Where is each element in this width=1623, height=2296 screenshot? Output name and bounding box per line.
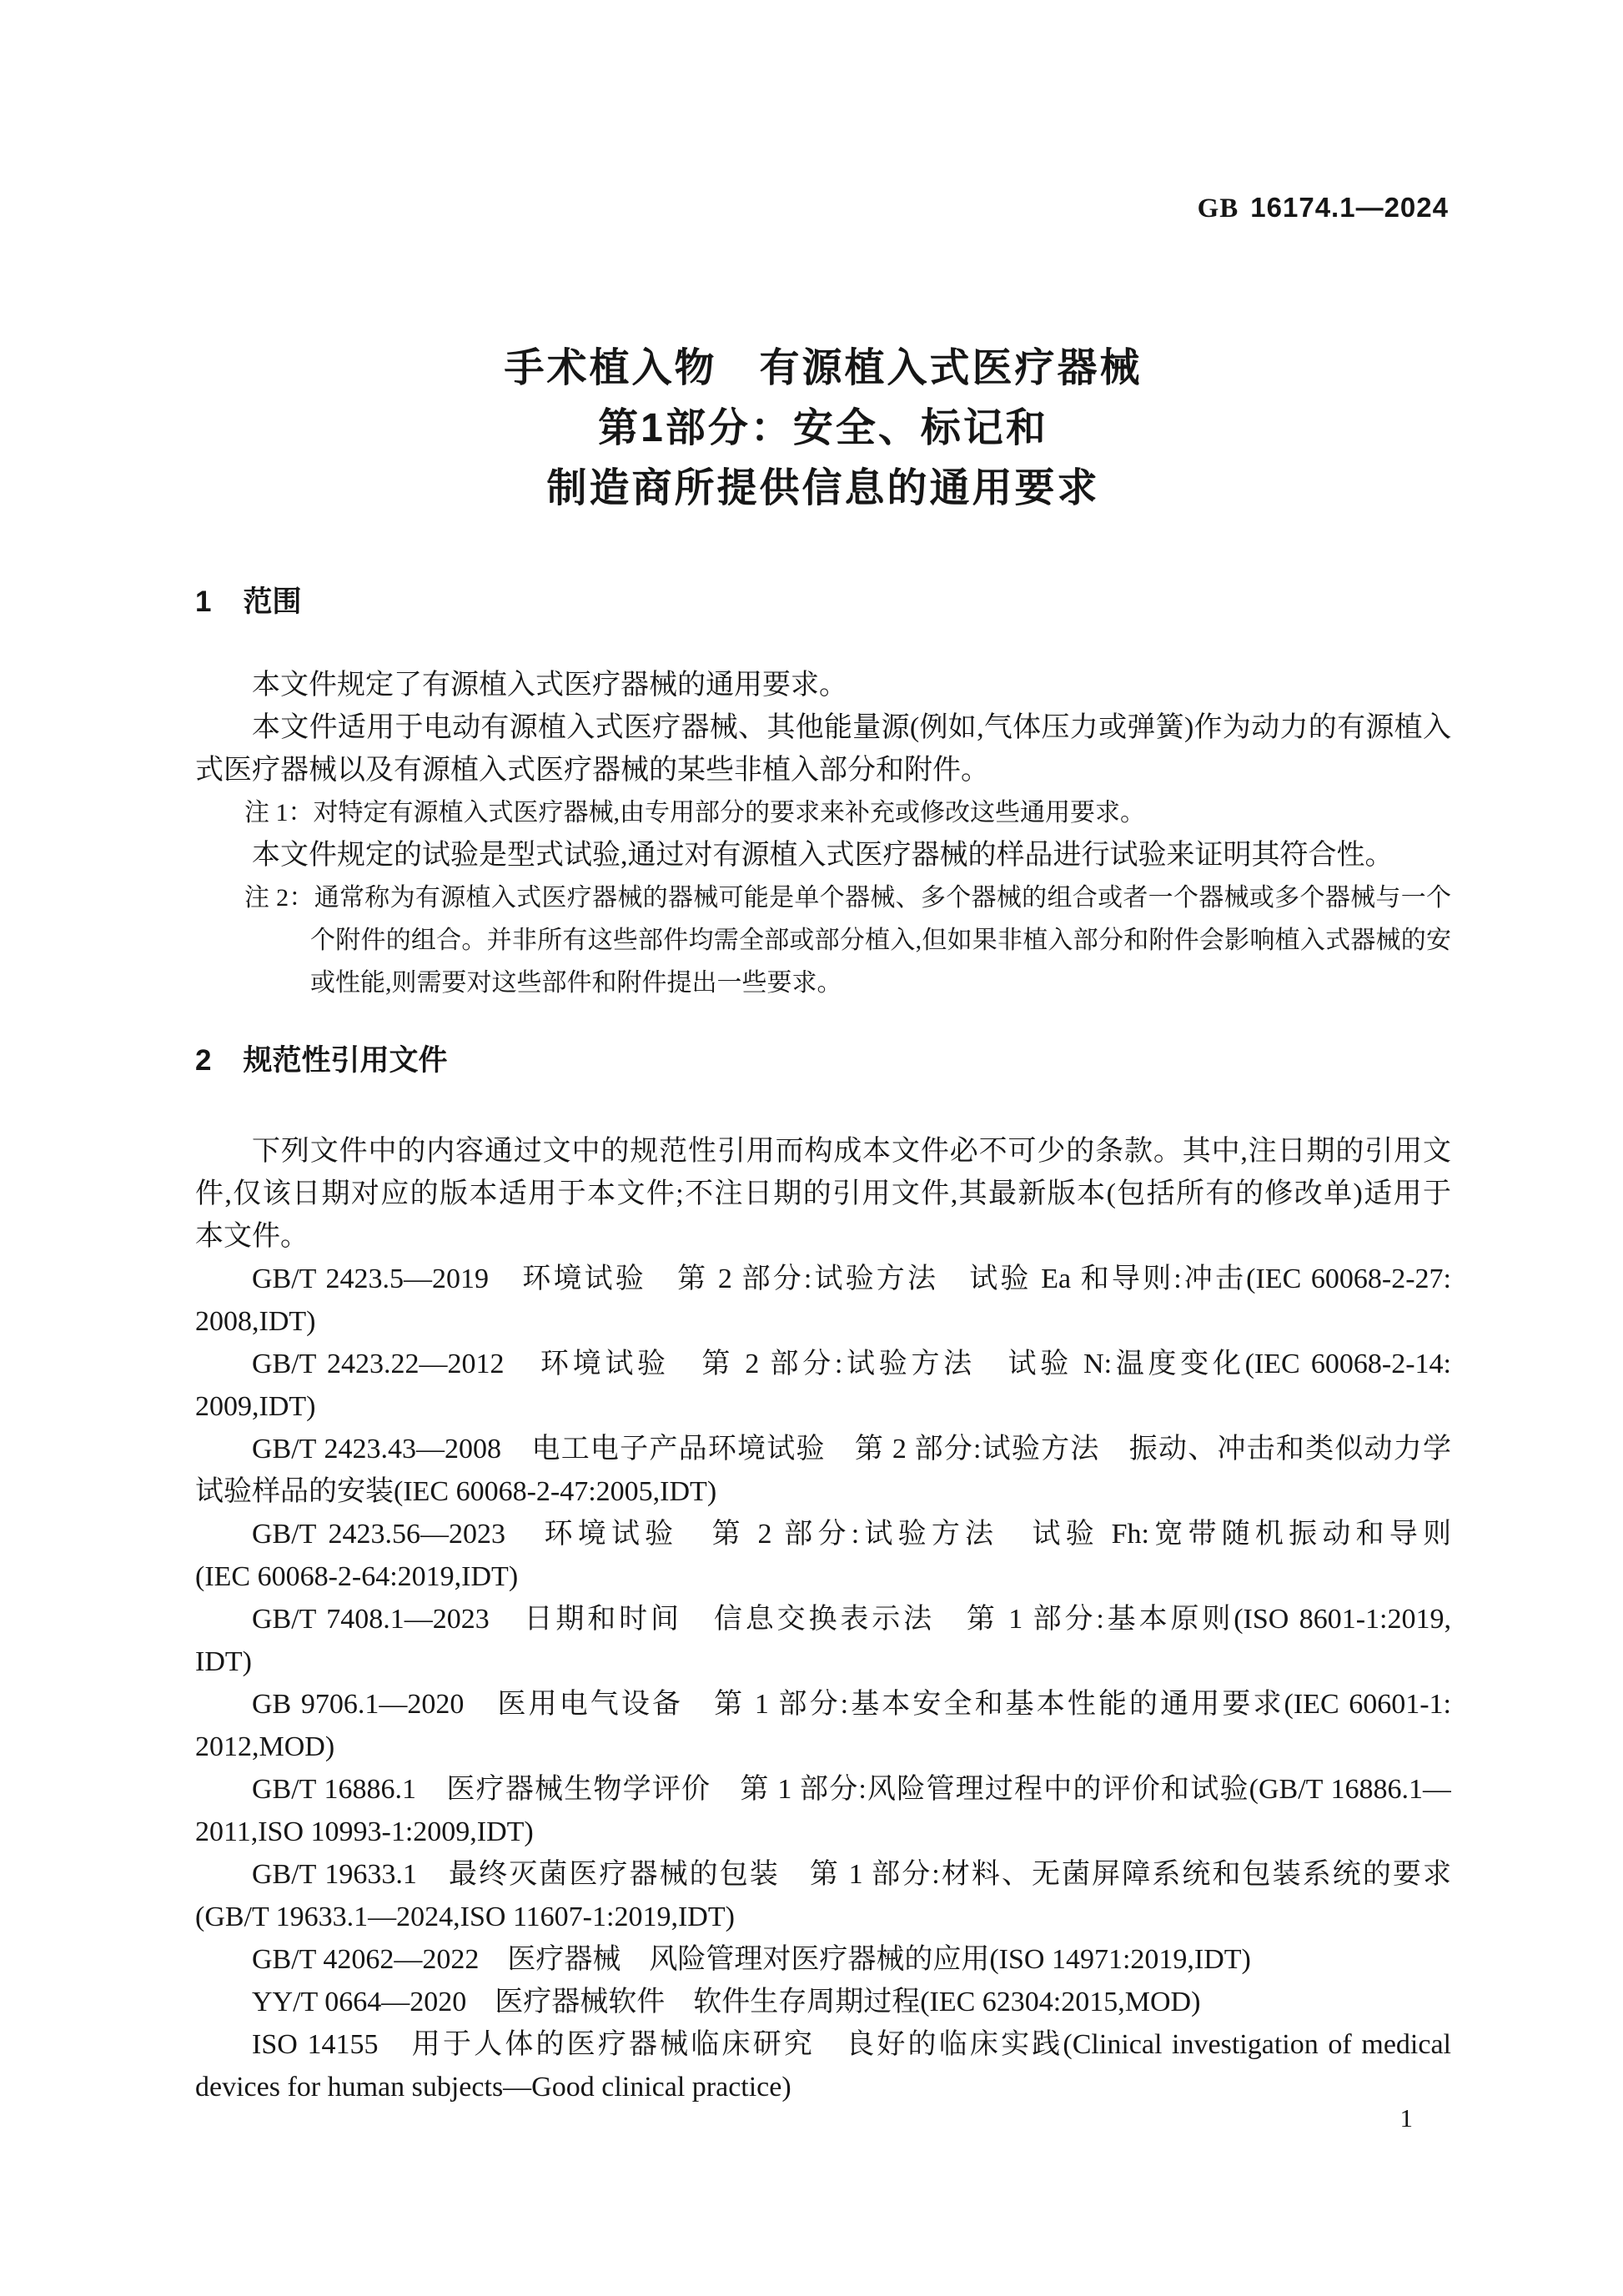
text-line: 或性能,则需要对这些部件和附件提出一些要求。 [195,962,1451,1004]
scope-paragraph-2: 本文件适用于电动有源植入式医疗器械、其他能量源(例如,气体压力或弹簧)作为动力的… [195,706,1451,791]
scope-note-2: 注 2：通常称为有源植入式医疗器械的器械可能是单个器械、多个器械的组合或者一个器… [195,877,1451,1004]
text-line: 个附件的组合。并非所有这些部件均需全部或部分植入,但如果非植入部分和附件会影响植… [195,919,1451,962]
reference-entry-9: GB/T 42062—2022 医疗器械 风险管理对医疗器械的应用(ISO 14… [195,1938,1451,1981]
text-line: GB 9706.1—2020 医用电气设备 第 1 部分:基本安全和基本性能的通… [195,1683,1451,1726]
text-line: 试验样品的安装(IEC 60068-2-47:2005,IDT) [195,1470,1451,1513]
text-line: devices for human subjects—Good clinical… [195,2066,1451,2108]
text-line: GB/T 2423.5—2019 环境试验 第 2 部分:试验方法 试验 Ea … [195,1258,1451,1300]
text-line: 本文件。 [195,1215,1451,1258]
section-1-title: 范围 [243,585,301,618]
reference-entry-6: GB 9706.1—2020 医用电气设备 第 1 部分:基本安全和基本性能的通… [195,1683,1451,1768]
document-page: GB16174.1—2024 手术植入物 有源植入式医疗器械 第1部分：安全、标… [0,0,1623,2296]
text-line: (IEC 60068-2-64:2019,IDT) [195,1555,1451,1598]
main-text-column: 1范围 本文件规定了有源植入式医疗器械的通用要求。 本文件适用于电动有源植入式医… [195,0,1451,2108]
reference-entry-4: GB/T 2423.56—2023 环境试验 第 2 部分:试验方法 试验 Fh… [195,1513,1451,1598]
section-1-number: 1 [195,585,211,618]
text-line: 2009,IDT) [195,1385,1451,1428]
text-line: 本文件适用于电动有源植入式医疗器械、其他能量源(例如,气体压力或弹簧)作为动力的… [195,706,1451,749]
text-line: GB/T 2423.43—2008 电工电子产品环境试验 第 2 部分:试验方法… [195,1428,1451,1470]
text-line: GB/T 2423.22—2012 环境试验 第 2 部分:试验方法 试验 N:… [195,1343,1451,1385]
text-line: 下列文件中的内容通过文中的规范性引用而构成本文件必不可少的条款。其中,注日期的引… [195,1130,1451,1173]
text-line: 本文件规定了有源植入式医疗器械的通用要求。 [195,664,1451,706]
text-line: 2012,MOD) [195,1726,1451,1768]
text-line: 2011,ISO 10993-1:2009,IDT) [195,1811,1451,1853]
reference-entry-5: GB/T 7408.1—2023 日期和时间 信息交换表示法 第 1 部分:基本… [195,1598,1451,1683]
scope-note-1: 注 1：对特定有源植入式医疗器械,由专用部分的要求来补充或修改这些通用要求。 [195,791,1451,834]
scope-paragraph-1: 本文件规定了有源植入式医疗器械的通用要求。 [195,664,1451,706]
section-2-number: 2 [195,1044,211,1077]
text-line: 2008,IDT) [195,1300,1451,1343]
text-line: GB/T 2423.56—2023 环境试验 第 2 部分:试验方法 试验 Fh… [195,1513,1451,1555]
references-intro-paragraph: 下列文件中的内容通过文中的规范性引用而构成本文件必不可少的条款。其中,注日期的引… [195,1130,1451,1258]
text-line: 注 1：对特定有源植入式医疗器械,由专用部分的要求来补充或修改这些通用要求。 [195,791,1451,834]
text-line: GB/T 7408.1—2023 日期和时间 信息交换表示法 第 1 部分:基本… [195,1598,1451,1640]
section-1-heading: 1范围 [195,580,1451,623]
section-2-title: 规范性引用文件 [243,1044,447,1077]
text-line: GB/T 42062—2022 医疗器械 风险管理对医疗器械的应用(ISO 14… [195,1938,1451,1981]
reference-entry-10: YY/T 0664—2020 医疗器械软件 软件生存周期过程(IEC 62304… [195,1981,1451,2023]
reference-entry-11: ISO 14155 用于人体的医疗器械临床研究 良好的临床实践(Clinical… [195,2023,1451,2108]
text-line: 本文件规定的试验是型式试验,通过对有源植入式医疗器械的样品进行试验来证明其符合性… [195,834,1451,877]
text-line: 件,仅该日期对应的版本适用于本文件;不注日期的引用文件,其最新版本(包括所有的修… [195,1173,1451,1215]
text-line: ISO 14155 用于人体的医疗器械临床研究 良好的临床实践(Clinical… [195,2023,1451,2066]
text-line: GB/T 19633.1 最终灭菌医疗器械的包装 第 1 部分:材料、无菌屏障系… [195,1853,1451,1896]
text-line: GB/T 16886.1 医疗器械生物学评价 第 1 部分:风险管理过程中的评价… [195,1768,1451,1811]
reference-entry-7: GB/T 16886.1 医疗器械生物学评价 第 1 部分:风险管理过程中的评价… [195,1768,1451,1853]
reference-entry-3: GB/T 2423.43—2008 电工电子产品环境试验 第 2 部分:试验方法… [195,1428,1451,1513]
page-number: 1 [1400,2103,1414,2133]
reference-entry-1: GB/T 2423.5—2019 环境试验 第 2 部分:试验方法 试验 Ea … [195,1258,1451,1343]
text-line: YY/T 0664—2020 医疗器械软件 软件生存周期过程(IEC 62304… [195,1981,1451,2023]
text-line: 式医疗器械以及有源植入式医疗器械的某些非植入部分和附件。 [195,749,1451,791]
section-2-heading: 2规范性引用文件 [195,1039,1451,1082]
scope-paragraph-3: 本文件规定的试验是型式试验,通过对有源植入式医疗器械的样品进行试验来证明其符合性… [195,834,1451,877]
reference-entry-8: GB/T 19633.1 最终灭菌医疗器械的包装 第 1 部分:材料、无菌屏障系… [195,1853,1451,1938]
text-line: 注 2：通常称为有源植入式医疗器械的器械可能是单个器械、多个器械的组合或者一个器… [195,877,1451,919]
text-line: IDT) [195,1640,1451,1683]
text-line: (GB/T 19633.1—2024,ISO 11607-1:2019,IDT) [195,1896,1451,1938]
reference-entry-2: GB/T 2423.22—2012 环境试验 第 2 部分:试验方法 试验 N:… [195,1343,1451,1428]
